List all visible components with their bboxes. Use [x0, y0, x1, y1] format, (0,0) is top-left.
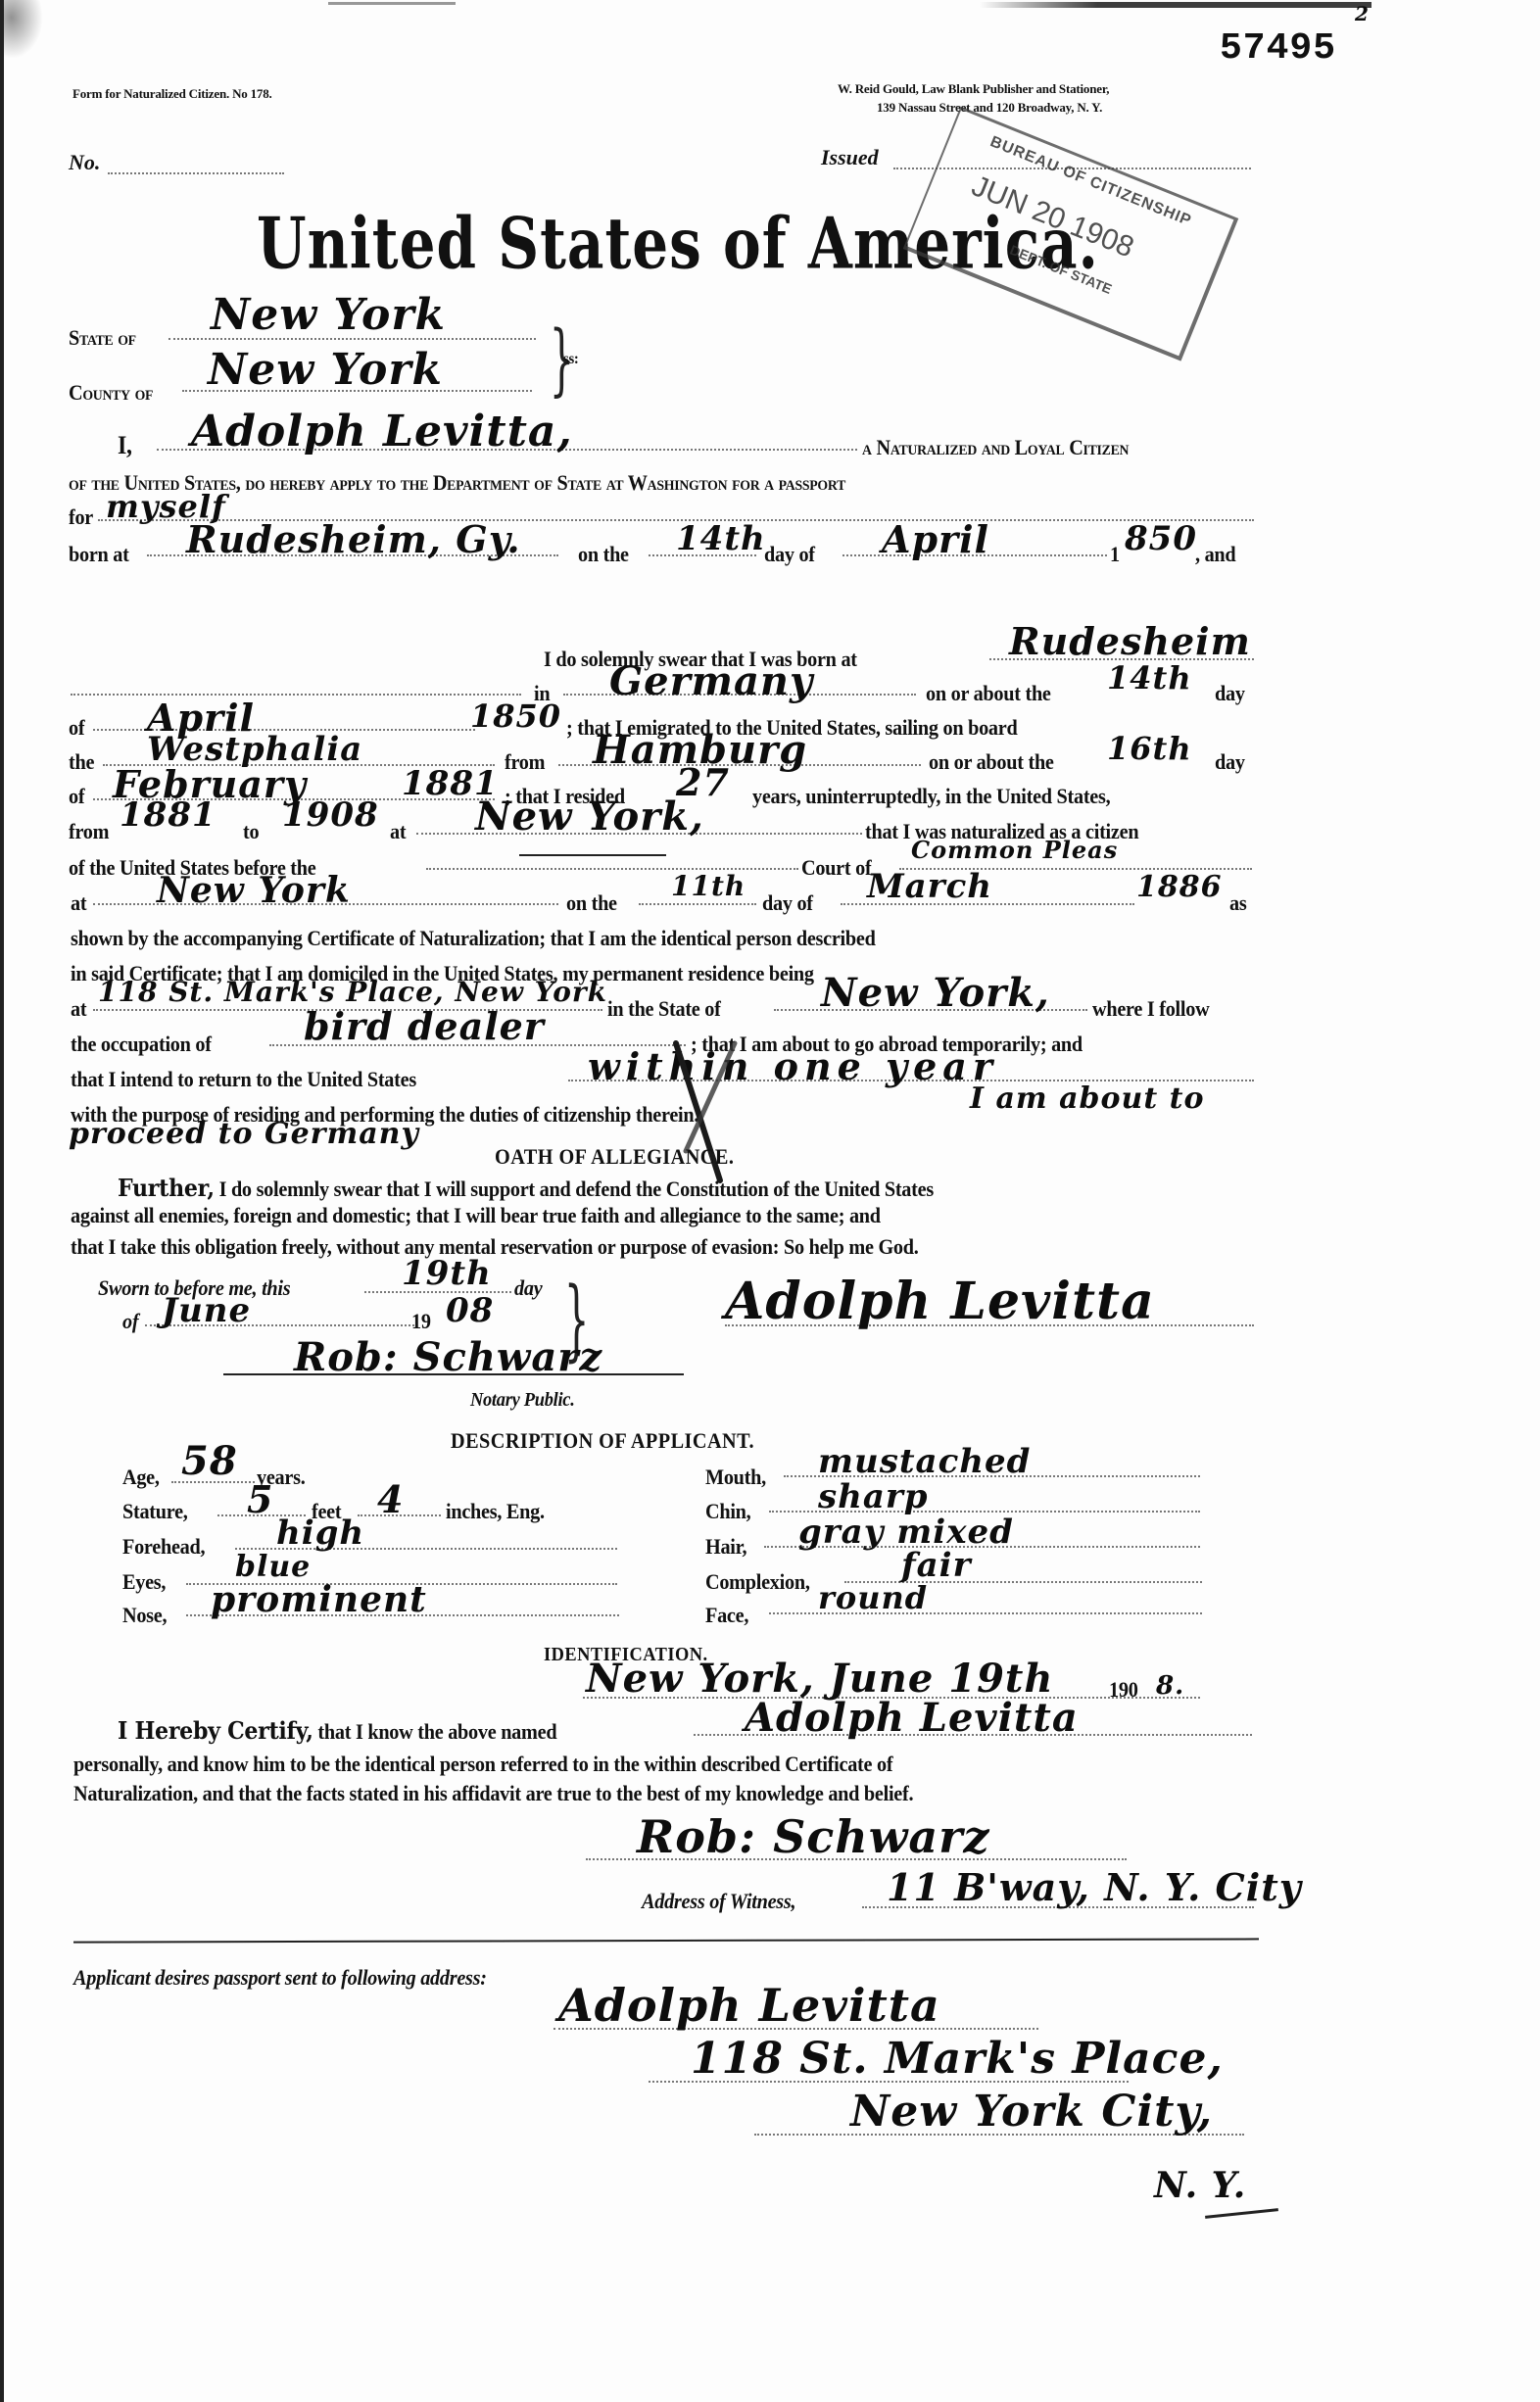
- sail-day: 16th: [1107, 730, 1192, 767]
- further-label: Further,: [118, 1174, 215, 1202]
- form-label: Form for Naturalized Citizen. No 178.: [72, 86, 272, 102]
- oath-heading: OATH OF ALLEGIANCE.: [495, 1144, 734, 1170]
- nose-value: prominent: [211, 1579, 427, 1620]
- feet-value: 5: [247, 1477, 273, 1521]
- age-label: Age,: [122, 1465, 160, 1490]
- sworn-day-label: day: [514, 1275, 542, 1301]
- citizen-label: a Naturalized and Loyal Citizen: [862, 435, 1129, 460]
- witness-address-label: Address of Witness,: [642, 1889, 795, 1914]
- of-label: of: [69, 715, 84, 741]
- birth-day: 14th: [676, 519, 766, 558]
- chin-value: sharp: [818, 1477, 929, 1516]
- in-prefix-underline: [71, 694, 521, 696]
- face-value: round: [818, 1579, 928, 1616]
- court-on-the-label: on the: [566, 890, 617, 916]
- nat-month: March: [867, 867, 992, 906]
- publisher-line2: 139 Nassau Street and 120 Broadway, N. Y…: [877, 100, 1102, 116]
- sworn-day: 19th: [402, 1254, 492, 1293]
- return-value: within one year: [588, 1044, 998, 1088]
- and-label: , and: [1195, 542, 1235, 567]
- born-at-label: born at: [69, 542, 129, 567]
- sail-on-or-about-label: on or about the: [929, 749, 1054, 775]
- mouth-value: mustached: [818, 1442, 1031, 1481]
- years-text: years, uninterruptedly, in the United St…: [752, 784, 1110, 809]
- occupation: bird dealer: [304, 1004, 545, 1048]
- nat-day-of-label: day of: [762, 890, 813, 916]
- state-label: State of: [69, 325, 136, 351]
- witness-address: 11 B'way, N. Y. City: [887, 1865, 1302, 1909]
- intend-text: that I intend to return to the United St…: [71, 1067, 416, 1092]
- the-label: the: [69, 749, 94, 775]
- sworn-month: June: [162, 1291, 251, 1330]
- nose-label: Nose,: [122, 1603, 167, 1628]
- stature-label: Stature,: [122, 1499, 188, 1524]
- where-follow-label: where I follow: [1092, 996, 1209, 1022]
- face-label: Face,: [705, 1603, 748, 1628]
- mailing-line1: Adolph Levitta: [558, 1979, 940, 2032]
- mailing-label: Applicant desires passport sent to follo…: [73, 1965, 487, 1991]
- scan-edge: [0, 0, 4, 2402]
- from-label: from: [505, 749, 545, 775]
- oath-line1: I do solemnly swear that I will support …: [219, 1177, 934, 1201]
- section-divider: [73, 1938, 1259, 1943]
- birth-month: April: [882, 517, 989, 561]
- forehead-value: high: [276, 1513, 364, 1553]
- bureau-stamp: BUREAU OF CITIZENSHIP JUN 20 1908 DEPT. …: [903, 106, 1239, 360]
- resided-at: New York,: [475, 793, 704, 840]
- scan-artifact: [980, 2, 1372, 8]
- remark-line1: I am about to: [970, 1081, 1205, 1116]
- oath-line1-wrap: Further, I do solemnly swear that I will…: [118, 1174, 934, 1202]
- in-state-label: in the State of: [607, 996, 721, 1022]
- as-label: as: [1229, 890, 1246, 916]
- named-person: Adolph Levitta: [745, 1695, 1079, 1741]
- born-day: 14th: [1107, 659, 1192, 697]
- i-label: I,: [118, 431, 132, 460]
- court-label: Court of: [801, 855, 871, 881]
- inches-label: inches, Eng.: [446, 1499, 545, 1524]
- certify-line2: personally, and know him to be the ident…: [73, 1752, 892, 1777]
- applicant-signature: Adolph Levitta: [725, 1272, 1155, 1331]
- from-year-label: from: [69, 819, 109, 844]
- court-city: New York: [157, 870, 351, 911]
- before-dash: [519, 854, 666, 856]
- mailing-flourish: [1205, 2208, 1278, 2219]
- id-year-prefix: 190: [1109, 1677, 1138, 1703]
- serial-mark: 2: [1355, 2, 1370, 25]
- remark-line2: proceed to Germany: [69, 1117, 419, 1151]
- no-label: No.: [69, 150, 100, 175]
- birth-year: 850: [1125, 519, 1197, 558]
- description-heading: DESCRIPTION OF APPLICANT.: [451, 1428, 754, 1454]
- at-label: at: [390, 819, 406, 844]
- county-label: County of: [69, 380, 153, 406]
- publisher-line1: W. Reid Gould, Law Blank Publisher and S…: [838, 81, 1109, 97]
- year-prefix: 1: [1110, 542, 1120, 567]
- sworn-of-label: of: [122, 1309, 138, 1334]
- serial-number: 57495: [1220, 27, 1336, 70]
- certify-line3: Naturalization, and that the facts state…: [73, 1781, 913, 1806]
- mailing-line4: N. Y.: [1154, 2165, 1246, 2206]
- certify-label: I Hereby Certify,: [118, 1716, 313, 1745]
- to-year: 1908: [282, 795, 379, 835]
- oath-line2: against all enemies, foreign and domesti…: [71, 1203, 881, 1228]
- ss-label: ss:: [563, 351, 579, 368]
- county-value: New York: [208, 345, 443, 395]
- day-of-label: day of: [764, 542, 815, 567]
- sworn-year: 08: [446, 1291, 494, 1330]
- certify-text: that I know the above named: [317, 1719, 556, 1744]
- eyes-label: Eyes,: [122, 1569, 166, 1595]
- born-year: 1850: [470, 697, 561, 735]
- nat-day-underline: [639, 903, 756, 905]
- court-value: Common Pleas: [911, 836, 1118, 864]
- to-label: to: [243, 819, 259, 844]
- notary-signature: Rob: Schwarz: [294, 1334, 602, 1380]
- court-at-label: at: [71, 890, 86, 916]
- born-at-value: Rudesheim, Gy.: [186, 517, 521, 561]
- witness-signature: Rob: Schwarz: [637, 1810, 990, 1863]
- forehead-label: Forehead,: [122, 1534, 205, 1560]
- inches-value: 4: [377, 1477, 404, 1521]
- on-or-about-label: on or about the: [926, 681, 1051, 706]
- chin-label: Chin,: [705, 1499, 750, 1524]
- scan-smudge: [4, 0, 43, 59]
- mailing-line3: New York City,: [850, 2087, 1213, 2137]
- shown-text: shown by the accompanying Certificate of…: [71, 926, 876, 951]
- nat-year: 1886: [1136, 870, 1223, 904]
- certify-line-wrap: I Hereby Certify, that I know the above …: [118, 1716, 556, 1745]
- sworn-year-prefix: 19: [411, 1309, 431, 1334]
- issued-label: Issued: [821, 145, 879, 170]
- complexion-label: Complexion,: [705, 1569, 810, 1595]
- hair-label: Hair,: [705, 1534, 746, 1560]
- state-value: New York: [211, 290, 446, 340]
- on-the-label: on the: [578, 542, 629, 567]
- born-place: Rudesheim: [1009, 619, 1251, 663]
- age-value: 58: [181, 1438, 238, 1484]
- mailing-line2: 118 St. Mark's Place,: [691, 2034, 1224, 2084]
- no-field[interactable]: [108, 172, 284, 174]
- sail-of-label: of: [69, 784, 84, 809]
- day-label: day: [1215, 681, 1245, 706]
- born-country: Germany: [609, 658, 813, 704]
- residence-at-label: at: [71, 996, 86, 1022]
- applicant-name: Adolph Levitta,: [191, 407, 573, 456]
- from-year: 1881: [120, 795, 217, 835]
- scan-artifact: [328, 2, 456, 5]
- id-year: 8.: [1156, 1671, 1184, 1701]
- oath-line3: that I take this obligation freely, with…: [71, 1234, 919, 1260]
- residence-state: New York,: [821, 970, 1050, 1016]
- mouth-label: Mouth,: [705, 1465, 766, 1490]
- notary-label: Notary Public.: [470, 1389, 575, 1412]
- sail-day-label: day: [1215, 749, 1245, 775]
- occupation-label: the occupation of: [71, 1032, 212, 1057]
- nat-day: 11th: [671, 870, 746, 902]
- for-label: for: [69, 504, 93, 530]
